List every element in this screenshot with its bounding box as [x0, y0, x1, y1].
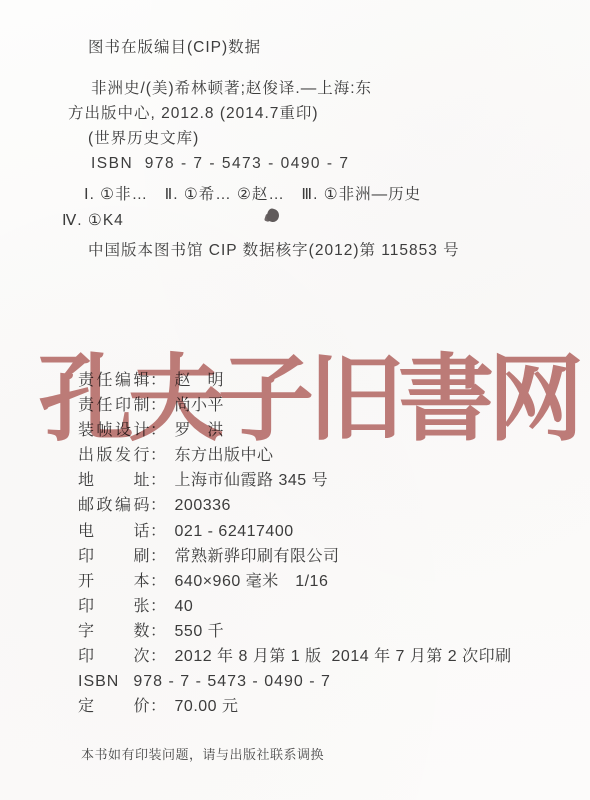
- colophon-value: 021 - 62417400: [175, 523, 294, 540]
- colophon-label: 出版发行: [78, 443, 150, 468]
- colophon-colon: ：: [150, 418, 167, 443]
- colophon-colon: ：: [150, 443, 167, 468]
- colophon-row: 定价：70.00 元: [78, 694, 512, 719]
- colophon-colon: ：: [150, 368, 167, 393]
- colophon-colon: ：: [150, 594, 167, 619]
- colophon-colon: ：: [150, 694, 167, 719]
- colophon-value: 赵 明: [175, 372, 225, 389]
- colophon-colon: ：: [150, 519, 167, 544]
- colophon-label: 责任印制: [78, 393, 150, 418]
- colophon-value: 常熟新骅印刷有限公司: [175, 548, 340, 565]
- colophon-value: 上海市仙霞路 345 号: [175, 472, 329, 489]
- cip-title-line1: 非洲史/(美)希林顿著;赵俊译.—上海:东: [91, 79, 372, 99]
- colophon-row: 出版发行：东方出版中心: [78, 443, 512, 468]
- cip-isbn: ISBN 978 - 7 - 5473 - 0490 - 7: [91, 154, 349, 174]
- colophon-row: 印刷：常熟新骅印刷有限公司: [78, 544, 512, 569]
- colophon-row: 责任印制：尚小平: [78, 393, 512, 418]
- ink-smudge: [265, 207, 280, 223]
- colophon-label: 开本: [78, 569, 150, 594]
- colophon-value: 尚小平: [175, 397, 225, 414]
- colophon-label: 印张: [78, 594, 150, 619]
- footer-note: 本书如有印装问题，请与出版社联系调换: [81, 744, 324, 763]
- colophon-row: 字数：550 千: [78, 619, 512, 644]
- colophon-label: 定价: [78, 694, 150, 719]
- colophon-value: 550 千: [175, 623, 225, 640]
- colophon-block: 责任编辑：赵 明 责任印制：尚小平 装帧设计：罗 洪 出版发行：东方出版中心 地…: [78, 368, 512, 719]
- colophon-row: 装帧设计：罗 洪: [78, 418, 512, 443]
- colophon-row: 地址：上海市仙霞路 345 号: [78, 468, 512, 493]
- colophon-row: 电话：021 - 62417400: [78, 519, 512, 544]
- colophon-row: 开本：640×960 毫米 1/16: [78, 569, 512, 594]
- colophon-colon: ：: [150, 393, 167, 418]
- cip-series: (世界历史文库): [88, 129, 199, 149]
- colophon-label: 责任编辑: [78, 368, 150, 393]
- colophon-label: 印刷: [78, 544, 150, 569]
- colophon-label: 地址: [78, 468, 150, 493]
- colophon-colon: ：: [150, 493, 167, 518]
- colophon-label: 字数: [78, 619, 150, 644]
- colophon-label: 印次: [78, 644, 150, 669]
- colophon-row: 责任编辑：赵 明: [78, 368, 512, 393]
- colophon-value: 2012 年 8 月第 1 版 2014 年 7 月第 2 次印刷: [175, 648, 512, 665]
- colophon-value: 978 - 7 - 5473 - 0490 - 7: [133, 673, 331, 690]
- cip-classification-line1: Ⅰ. ①非… Ⅱ. ①希… ②赵… Ⅲ. ①非洲—历史: [84, 185, 421, 205]
- colophon-row: 印次：2012 年 8 月第 1 版 2014 年 7 月第 2 次印刷: [78, 644, 512, 669]
- colophon-value: 70.00 元: [175, 698, 239, 715]
- colophon-label: ISBN: [78, 669, 119, 694]
- cip-title-line2: 方出版中心, 2012.8 (2014.7重印): [68, 104, 319, 124]
- colophon-value: 东方出版中心: [175, 447, 274, 464]
- colophon-colon: ：: [150, 544, 167, 569]
- colophon-value: 640×960 毫米 1/16: [175, 573, 329, 590]
- colophon-row: 印张：40: [78, 594, 512, 619]
- colophon-row: 邮政编码：200336: [78, 493, 512, 518]
- colophon-label: 装帧设计: [78, 418, 150, 443]
- cip-header: 图书在版编目(CIP)数据: [88, 38, 261, 58]
- colophon-value: 罗 洪: [175, 422, 225, 439]
- colophon-value: 40: [175, 598, 194, 615]
- cip-classification-line2: Ⅳ. ①K4: [62, 211, 124, 231]
- colophon-value: 200336: [175, 497, 231, 514]
- colophon-row: ISBN978 - 7 - 5473 - 0490 - 7: [78, 669, 512, 694]
- cip-record-number: 中国版本图书馆 CIP 数据核字(2012)第 115853 号: [88, 241, 460, 261]
- colophon-colon: ：: [150, 619, 167, 644]
- colophon-colon: ：: [150, 468, 167, 493]
- colophon-colon: ：: [150, 644, 167, 669]
- colophon-colon: ：: [150, 569, 167, 594]
- scanned-copyright-page: 图书在版编目(CIP)数据 非洲史/(美)希林顿著;赵俊译.—上海:东 方出版中…: [0, 0, 590, 800]
- colophon-label: 电话: [78, 519, 150, 544]
- colophon-label: 邮政编码: [78, 493, 150, 518]
